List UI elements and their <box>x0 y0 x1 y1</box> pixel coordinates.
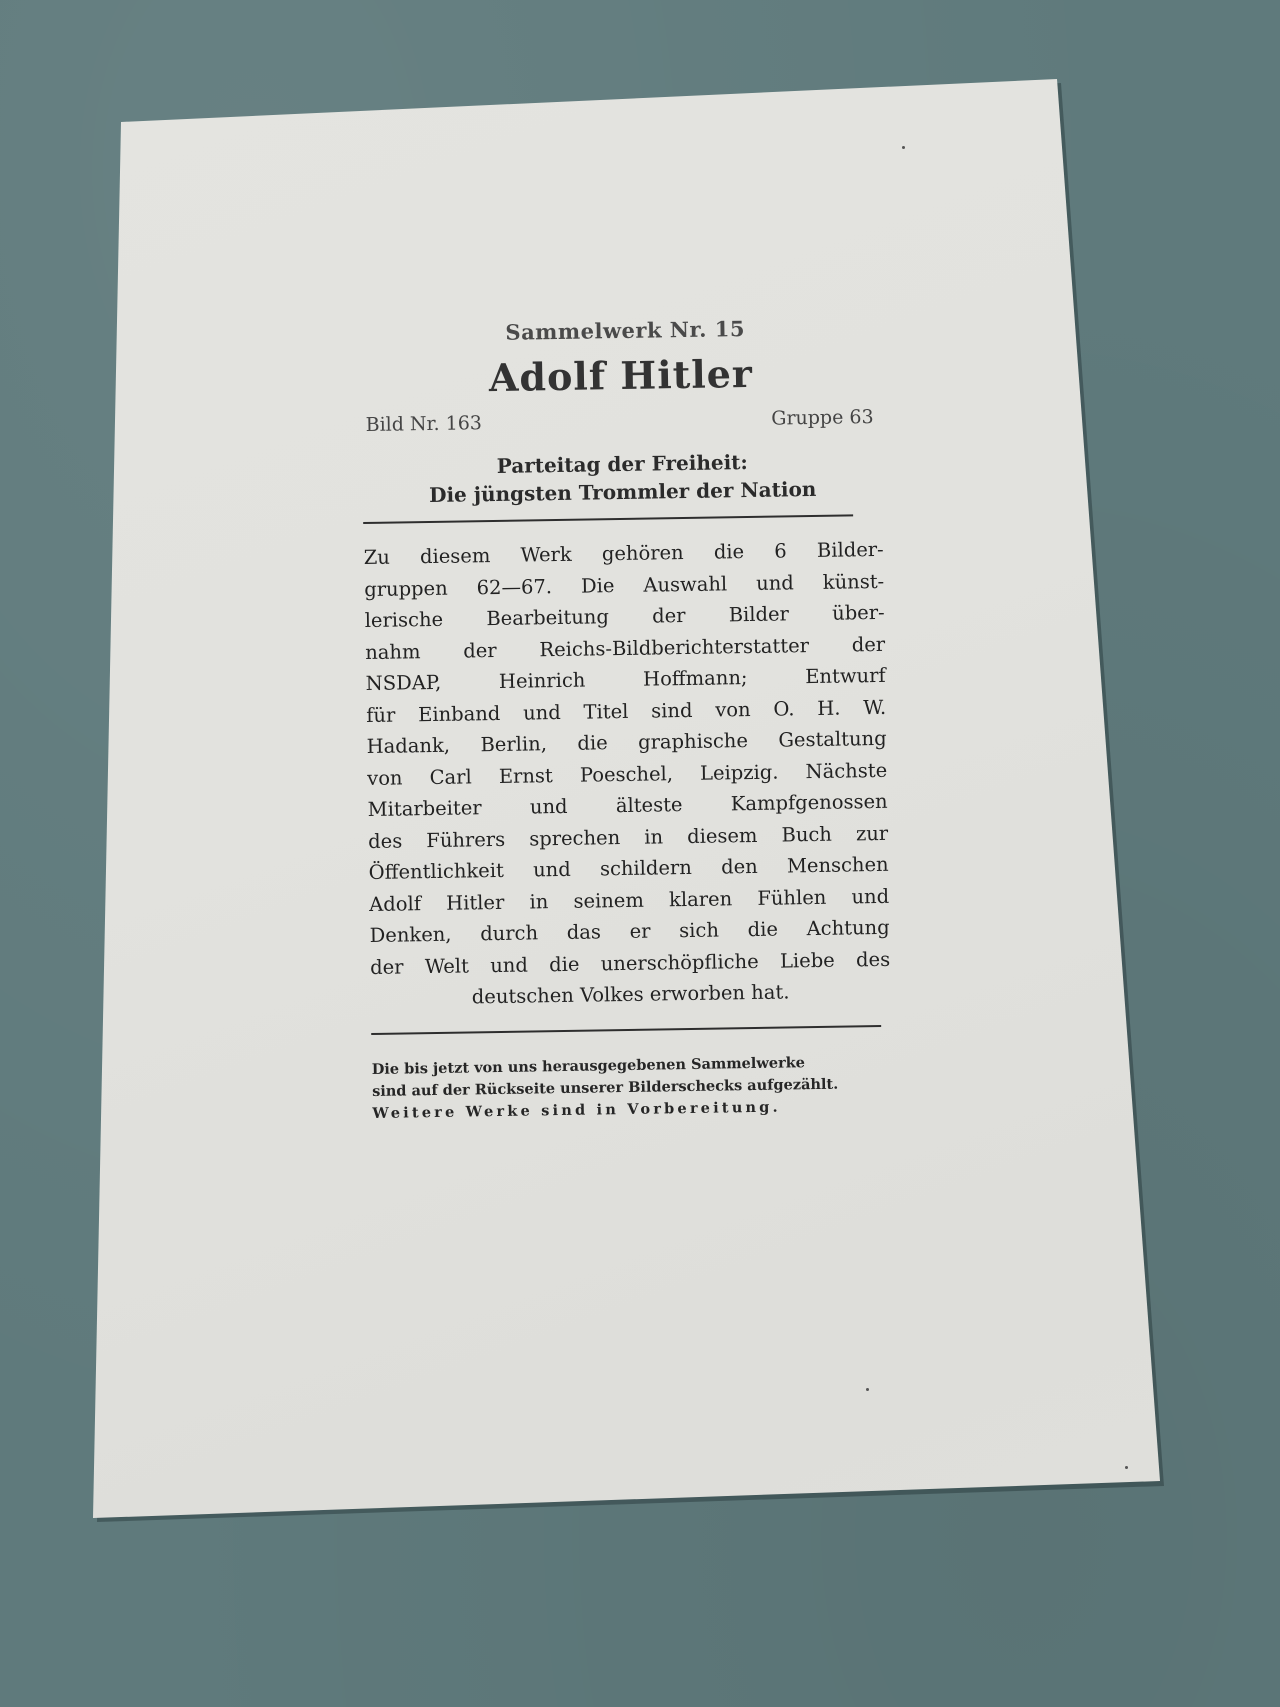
paper-speck <box>866 1388 869 1391</box>
body-paragraph: Zu diesem Werk gehören die 6 Bilder- gru… <box>363 534 890 1015</box>
document-content: Sammelwerk Nr. 15 Adolf Hitler Bild Nr. … <box>360 314 893 1125</box>
paper-speck <box>1125 1466 1128 1469</box>
picture-title: Parteitag der Freiheit: Die jüngsten Tro… <box>362 446 883 510</box>
divider-top <box>363 514 853 524</box>
paper-speck <box>902 146 905 149</box>
main-title: Adolf Hitler <box>361 349 882 402</box>
meta-row: Bild Nr. 163 Gruppe 63 <box>361 406 881 436</box>
group-number: Gruppe 63 <box>771 406 874 430</box>
picture-number: Bild Nr. 163 <box>365 412 482 436</box>
divider-bottom <box>371 1024 881 1034</box>
footer-notes: Die bis jetzt von uns herausgegebenen Sa… <box>372 1050 893 1124</box>
